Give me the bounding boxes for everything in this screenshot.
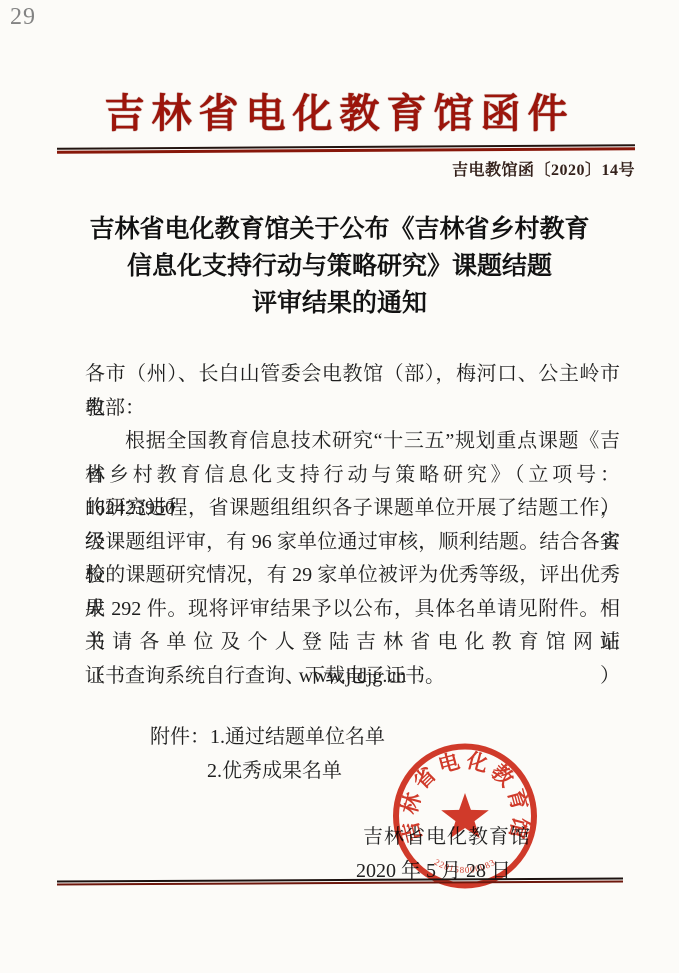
title-line-3: 评审结果的通知 xyxy=(30,285,649,322)
body-line: 的研究进程，省课题组组织各子课题单位开展了结题工作，经省 xyxy=(85,492,620,526)
body-line: 教部： xyxy=(85,392,620,426)
official-seal: 吉林省电化教育馆 220158000083 xyxy=(392,743,538,889)
body-line: 书请各单位及个人登陆吉林省电化教育馆网站（www.jldjg.cn） xyxy=(85,626,620,660)
document-page: 29 吉林省电化教育馆函件 吉电教馆函〔2020〕14号 吉林省电化教育馆关于公… xyxy=(0,0,679,973)
title-line-1: 吉林省电化教育馆关于公布《吉林省乡村教育 xyxy=(30,211,649,248)
bottom-rule xyxy=(57,878,623,886)
letterhead-title: 吉林省电化教育馆函件 xyxy=(0,82,679,139)
attachments-block: 附件：1.通过结题单位名单 2.优秀成果名单 xyxy=(150,721,385,788)
attachment-line-1: 附件：1.通过结题单位名单 xyxy=(150,721,385,755)
header-rule xyxy=(57,144,635,154)
page-number: 29 xyxy=(10,4,36,31)
document-title: 吉林省电化教育馆关于公布《吉林省乡村教育 信息化支持行动与策略研究》课题结题 评… xyxy=(30,211,649,322)
body-line: 各市（州）、长白山管委会电教馆（部），梅河口、公主岭市电 xyxy=(85,358,620,392)
body-line: 省乡村教育信息化支持行动与策略研究》（立项号：162423950） xyxy=(85,459,620,493)
body-line: 级课题组评审，有 96 家单位通过审核，顺利结题。结合各实验 xyxy=(85,526,620,560)
attachment-line-2: 2.优秀成果名单 xyxy=(150,755,385,789)
seal-star-icon xyxy=(441,793,489,838)
body-line: 根据全国教育信息技术研究“十三五”规划重点课题《吉林 xyxy=(85,425,620,459)
doc-number: 吉电教馆函〔2020〕14号 xyxy=(452,157,635,180)
body-line: 校的课题研究情况，有 29 家单位被评为优秀等级，评出优秀成 xyxy=(85,559,620,593)
seal-serial-number: 220158000083 xyxy=(433,857,498,875)
body-line: 果 292 件。现将评审结果予以公布，具体名单请见附件。相关证 xyxy=(85,593,620,627)
body-paragraphs: 各市（州）、长白山管委会电教馆（部），梅河口、公主岭市电 教部： 根据全国教育信… xyxy=(85,358,620,693)
svg-text:220158000083: 220158000083 xyxy=(433,857,498,875)
title-line-2: 信息化支持行动与策略研究》课题结题 xyxy=(30,248,649,285)
